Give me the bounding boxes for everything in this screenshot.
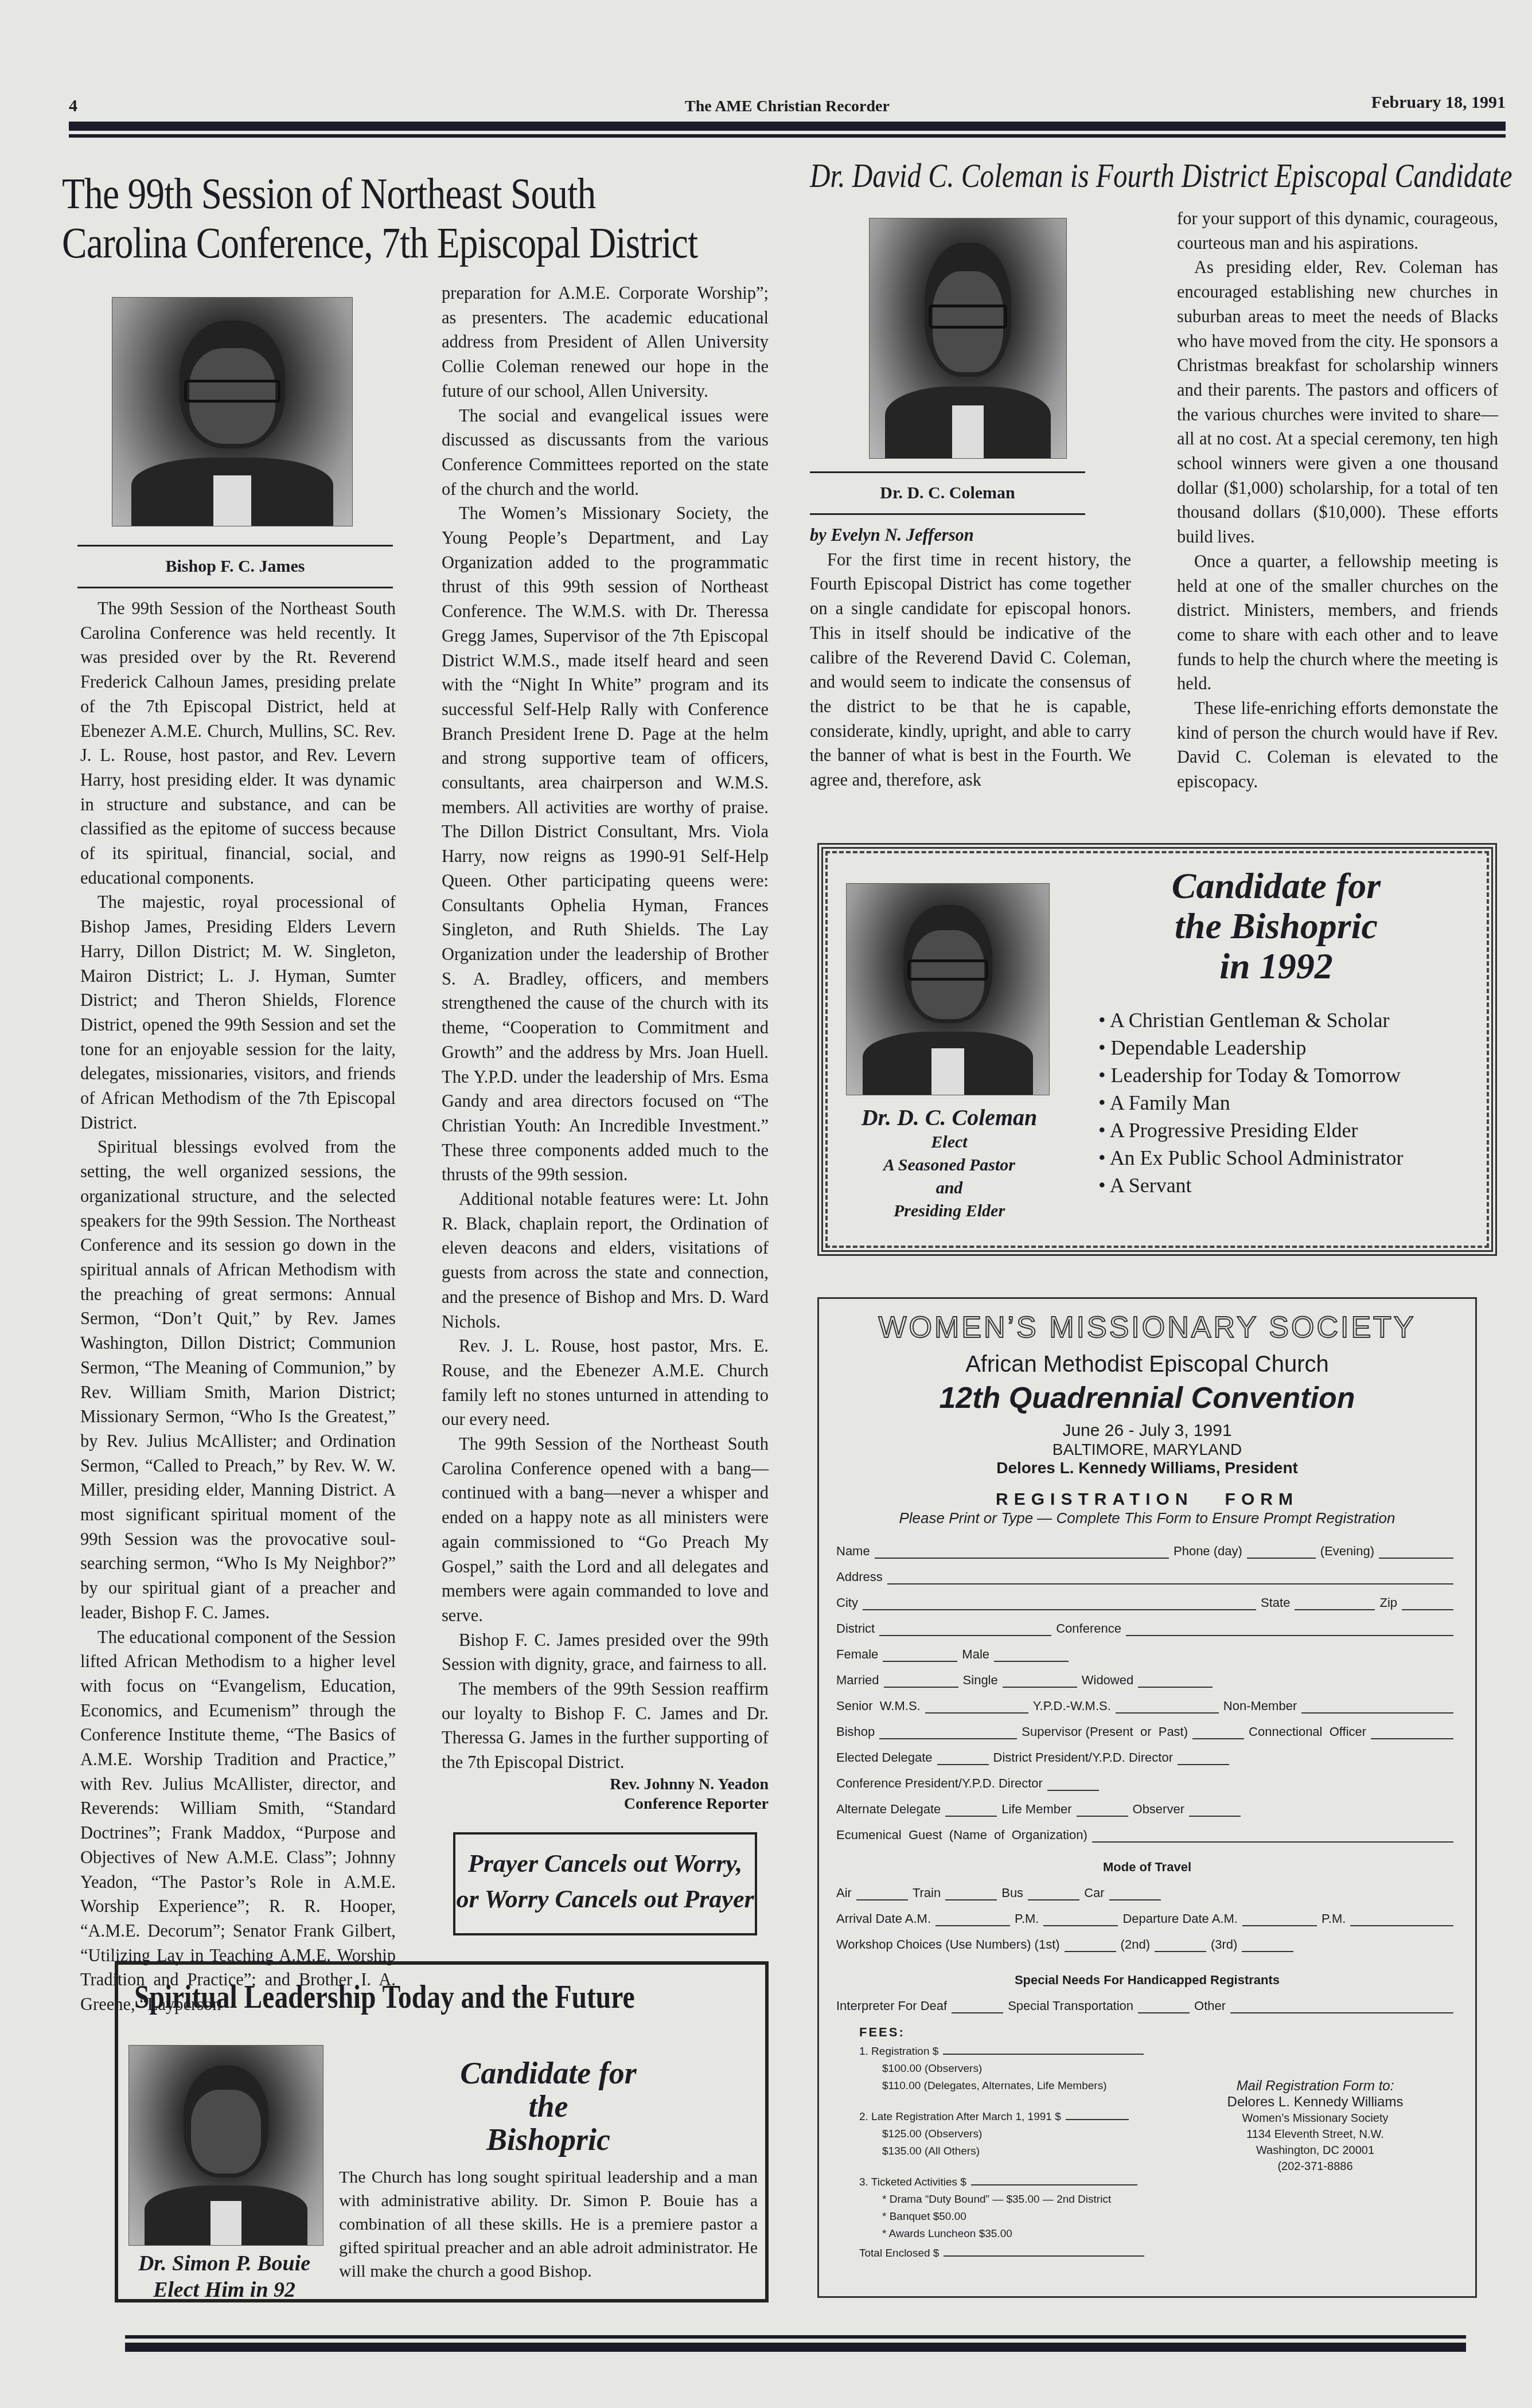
ecumenical-guest-field[interactable] — [1092, 1829, 1453, 1843]
supervisor-field[interactable] — [1192, 1726, 1244, 1739]
list-item: An Ex Public School Administrator — [1098, 1144, 1477, 1172]
car-field[interactable] — [1109, 1887, 1161, 1900]
observer-field[interactable] — [1189, 1803, 1241, 1817]
district-president-field[interactable] — [1178, 1751, 1229, 1765]
ypd-wms-field[interactable] — [1116, 1700, 1219, 1714]
non-member-field[interactable] — [1301, 1700, 1453, 1714]
senior-wms-field[interactable] — [925, 1700, 1028, 1714]
wms-convention: 12th Quadrennial Convention — [819, 1381, 1475, 1415]
connectional-officer-field[interactable] — [1371, 1726, 1453, 1739]
workshop-1st-field[interactable] — [1065, 1938, 1116, 1952]
registration-form-title: REGISTRATION FORM — [819, 1490, 1475, 1509]
departure-am-field[interactable] — [1242, 1913, 1317, 1926]
paragraph: for your support of this dynamic, courag… — [1177, 206, 1498, 255]
bus-field[interactable] — [1028, 1887, 1079, 1900]
male-field[interactable] — [994, 1648, 1069, 1662]
registration-fee-field[interactable] — [943, 2041, 1144, 2055]
publication-name: The AME Christian Recorder — [69, 97, 1506, 116]
list-item: A Progressive Presiding Elder — [1098, 1117, 1477, 1144]
article-coleman-column-2: for your support of this dynamic, courag… — [1177, 206, 1498, 794]
paragraph: Once a quarter, a fellowship meeting is … — [1177, 549, 1498, 696]
footer-rule-thin — [125, 2335, 1466, 2339]
bouie-candidate-ad: Spiritual Leadership Today and the Futur… — [115, 1961, 769, 2302]
paragraph: For the first time in recent history, th… — [810, 548, 1131, 793]
arrival-pm-field[interactable] — [1043, 1913, 1118, 1926]
special-needs-heading: Special Needs For Handicapped Registrant… — [836, 1973, 1458, 1988]
mail-to-address: Mail Registration Form to: Delores L. Ke… — [1180, 2078, 1450, 2175]
ticketed-activities-field[interactable] — [971, 2172, 1137, 2185]
paragraph: Rev. J. L. Rouse, host pastor, Mrs. E. R… — [442, 1334, 769, 1432]
paragraph: These life-enriching efforts demonstate … — [1177, 696, 1498, 794]
single-field[interactable] — [1003, 1674, 1077, 1688]
list-item: Dependable Leadership — [1098, 1034, 1477, 1061]
female-field[interactable] — [883, 1648, 957, 1662]
footer-rule-thick — [125, 2343, 1466, 2352]
departure-pm-field[interactable] — [1350, 1913, 1453, 1926]
paragraph: The members of the 99th Session reaffirm… — [442, 1677, 769, 1775]
article-coleman-column-1: by Evelyn N. Jefferson For the first tim… — [810, 523, 1131, 793]
list-item: A Family Man — [1098, 1089, 1477, 1117]
life-member-field[interactable] — [1077, 1803, 1128, 1817]
wms-dates: June 26 - July 3, 1991 — [819, 1421, 1475, 1441]
photo-caption-bishop-james: Bishop F. C. James — [77, 545, 393, 588]
article-coleman-headline: Dr. David C. Coleman is Fourth District … — [810, 156, 1512, 196]
masthead-rule-thin — [69, 134, 1506, 138]
paragraph: Bishop F. C. James presided over the 99t… — [442, 1628, 769, 1677]
paragraph: The majestic, royal processional of Bish… — [80, 890, 396, 1135]
wms-title: WOMEN’S MISSIONARY SOCIETY — [819, 1310, 1475, 1345]
article-99th-column-2: preparation for A.M.E. Corporate Worship… — [442, 281, 769, 1814]
paragraph: Spiritual blessings evolved from the set… — [80, 1135, 396, 1625]
coleman-ad-qualities: A Christian Gentleman & Scholar Dependab… — [1098, 1006, 1477, 1199]
prayer-quote-box: Prayer Cancels out Worry, or Worry Cance… — [453, 1832, 757, 1935]
paragraph: As presiding elder, Rev. Coleman has enc… — [1177, 255, 1498, 549]
state-field[interactable] — [1295, 1597, 1375, 1610]
coleman-candidate-ad: Dr. D. C. Coleman Elect A Seasoned Pasto… — [817, 843, 1497, 1256]
workshop-2nd-field[interactable] — [1155, 1938, 1206, 1952]
coleman-ad-name-block: Dr. D. C. Coleman Elect A Seasoned Pasto… — [835, 1104, 1064, 1223]
address-field[interactable] — [887, 1571, 1453, 1584]
paragraph: Additional notable features were: Lt. Jo… — [442, 1187, 769, 1334]
conference-field[interactable] — [1126, 1622, 1453, 1636]
zip-field[interactable] — [1402, 1597, 1453, 1610]
bouie-ad-body: The Church has long sought spiritual lea… — [339, 2165, 758, 2283]
arrival-am-field[interactable] — [935, 1913, 1010, 1926]
list-item: A Christian Gentleman & Scholar — [1098, 1006, 1477, 1034]
bouie-ad-candidate-title: Candidate for the Bishopric — [388, 2056, 709, 2156]
form-instructions: Please Print or Type — Complete This For… — [819, 1509, 1475, 1527]
paragraph: The 99th Session of the Northeast South … — [80, 596, 396, 890]
paragraph: The educational component of the Session… — [80, 1625, 396, 2017]
phone-day-field[interactable] — [1247, 1545, 1316, 1559]
list-item: Leadership for Today & Tomorrow — [1098, 1061, 1477, 1089]
wms-church: African Methodist Episcopal Church — [819, 1352, 1475, 1377]
masthead: 4 The AME Christian Recorder February 18… — [69, 92, 1506, 126]
article-99th-column-1: The 99th Session of the Northeast South … — [80, 596, 396, 2017]
late-registration-field[interactable] — [1066, 2106, 1129, 2120]
married-field[interactable] — [884, 1674, 958, 1688]
coleman-ad-photo — [846, 883, 1050, 1095]
city-field[interactable] — [863, 1597, 1256, 1610]
elected-delegate-field[interactable] — [937, 1751, 989, 1765]
district-field[interactable] — [879, 1622, 1051, 1636]
bouie-photo — [128, 2045, 323, 2246]
paragraph: The Women’s Missionary Society, the Youn… — [442, 501, 769, 1187]
byline: Rev. Johnny N. Yeadon Conference Reporte… — [442, 1775, 769, 1814]
special-transport-field[interactable] — [1138, 2000, 1190, 2013]
bouie-name-block: Dr. Simon P. Bouie Elect Him in 92 — [118, 2250, 330, 2303]
bishop-field[interactable] — [879, 1726, 1017, 1739]
interpreter-field[interactable] — [952, 2000, 1003, 2013]
coleman-ad-title: Candidate for the Bishopric in 1992 — [1133, 866, 1420, 986]
travel-heading: Mode of Travel — [836, 1860, 1458, 1875]
bouie-ad-title: Spiritual Leadership Today and the Futur… — [134, 1977, 635, 2016]
total-enclosed-field[interactable] — [944, 2243, 1144, 2257]
train-field[interactable] — [945, 1887, 997, 1900]
paragraph: preparation for A.M.E. Corporate Worship… — [442, 281, 769, 404]
bishop-james-photo — [112, 297, 353, 526]
wms-location: BALTIMORE, MARYLAND — [819, 1441, 1475, 1459]
workshop-3rd-field[interactable] — [1242, 1938, 1293, 1952]
wms-president: Delores L. Kennedy Williams, President — [819, 1459, 1475, 1477]
byline: by Evelyn N. Jefferson — [810, 523, 1131, 548]
issue-date: February 18, 1991 — [1371, 93, 1506, 112]
paragraph: The social and evangelical issues were d… — [442, 404, 769, 502]
widowed-field[interactable] — [1138, 1674, 1213, 1688]
other-needs-field[interactable] — [1230, 2000, 1453, 2013]
article-99th-headline: The 99th Session of Northeast South Caro… — [62, 169, 697, 268]
coleman-photo — [869, 218, 1067, 459]
name-field[interactable] — [875, 1545, 1169, 1559]
alternate-delegate-field[interactable] — [945, 1803, 997, 1817]
wms-registration-form: WOMEN’S MISSIONARY SOCIETY African Metho… — [817, 1297, 1477, 2298]
list-item: A Servant — [1098, 1172, 1477, 1199]
phone-evening-field[interactable] — [1379, 1545, 1453, 1559]
air-field[interactable] — [856, 1887, 908, 1900]
conference-president-field[interactable] — [1047, 1777, 1099, 1791]
photo-caption-coleman: Dr. D. C. Coleman — [810, 471, 1085, 515]
masthead-rule-thick — [69, 122, 1506, 131]
paragraph: The 99th Session of the Northeast South … — [442, 1432, 769, 1628]
